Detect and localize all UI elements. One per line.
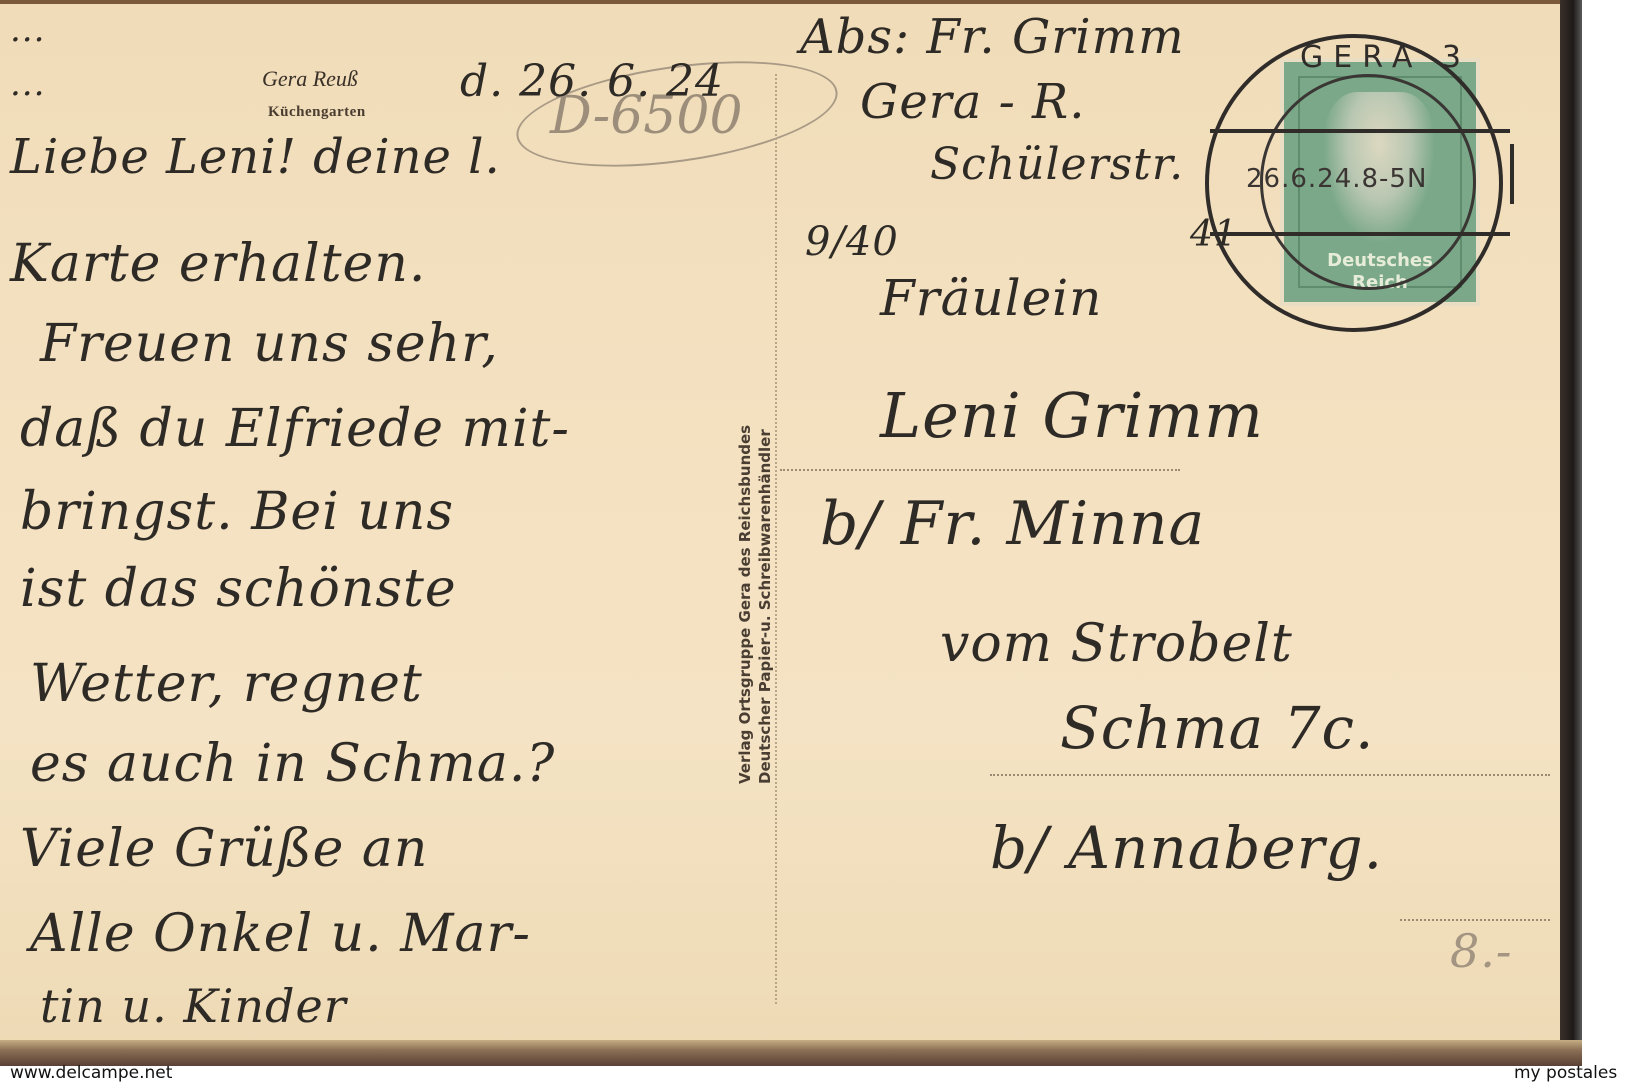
message-line: es auch in Schma.? bbox=[30, 734, 555, 794]
message-line: ... bbox=[10, 10, 45, 50]
message-line: Alle Onkel u. Mar- bbox=[30, 904, 531, 964]
message-line: ist das schönste bbox=[20, 559, 457, 619]
recipient-salutation: Fräulein bbox=[880, 269, 1102, 327]
message-line: Wetter, regnet bbox=[30, 654, 423, 714]
pencil-price: 8.- bbox=[1450, 924, 1512, 978]
postmark-date: 26.6.24.8-5N bbox=[1246, 164, 1427, 194]
printed-title: Gera Reuß bbox=[262, 66, 358, 92]
card-edge-right bbox=[1560, 0, 1582, 1040]
center-divider bbox=[775, 74, 777, 1004]
message-line: Viele Grüße an bbox=[20, 819, 428, 879]
sender-line: Abs: Fr. Grimm bbox=[800, 9, 1185, 65]
recipient-line: Schma 7c. bbox=[1060, 694, 1374, 762]
recipient-name: Leni Grimm bbox=[880, 379, 1264, 452]
sender-line: Schülerstr. bbox=[930, 139, 1184, 190]
recipient-line: vom Strobelt bbox=[940, 614, 1293, 674]
message-line: Liebe Leni! deine l. bbox=[10, 129, 501, 185]
recipient-line: b/ Annaberg. bbox=[990, 814, 1383, 882]
postmark-bar bbox=[1210, 232, 1510, 236]
publisher-imprint: Verlag Ortsgruppe Gera des Reichsbundes … bbox=[735, 425, 775, 784]
postmark-bar bbox=[1210, 129, 1510, 133]
message-date: d. 26. 6. 24 bbox=[460, 56, 724, 107]
publisher-line-1: Verlag Ortsgruppe Gera des Reichsbundes bbox=[735, 425, 755, 784]
recipient-line: b/ Fr. Minna bbox=[820, 489, 1205, 559]
address-line bbox=[1400, 919, 1550, 921]
message-line: Karte erhalten. bbox=[10, 234, 426, 294]
message-line: daß du Elfriede mit- bbox=[20, 399, 570, 459]
sender-note: 9/40 bbox=[805, 219, 899, 265]
publisher-line-2: Deutscher Papier-u. Schreibwarenhändler bbox=[755, 425, 775, 784]
address-line bbox=[780, 469, 1180, 471]
watermark-left: www.delcampe.net bbox=[10, 1063, 172, 1083]
message-line: tin u. Kinder bbox=[40, 979, 347, 1033]
card-edge-bottom bbox=[0, 1040, 1582, 1066]
postmark-tick bbox=[1510, 144, 1514, 204]
sender-line: Gera - R. bbox=[860, 74, 1085, 130]
postcard: Gera Reuß Küchengarten D-6500 ... ... d.… bbox=[0, 0, 1560, 1044]
address-line bbox=[990, 774, 1550, 776]
message-line: bringst. Bei uns bbox=[20, 482, 454, 542]
message-line: ... bbox=[10, 64, 45, 104]
printed-subtitle: Küchengarten bbox=[268, 104, 366, 121]
watermark-right: my postales bbox=[1514, 1063, 1617, 1083]
message-line: Freuen uns sehr, bbox=[40, 314, 499, 374]
postmark-city: GERA 3 bbox=[1300, 40, 1471, 75]
